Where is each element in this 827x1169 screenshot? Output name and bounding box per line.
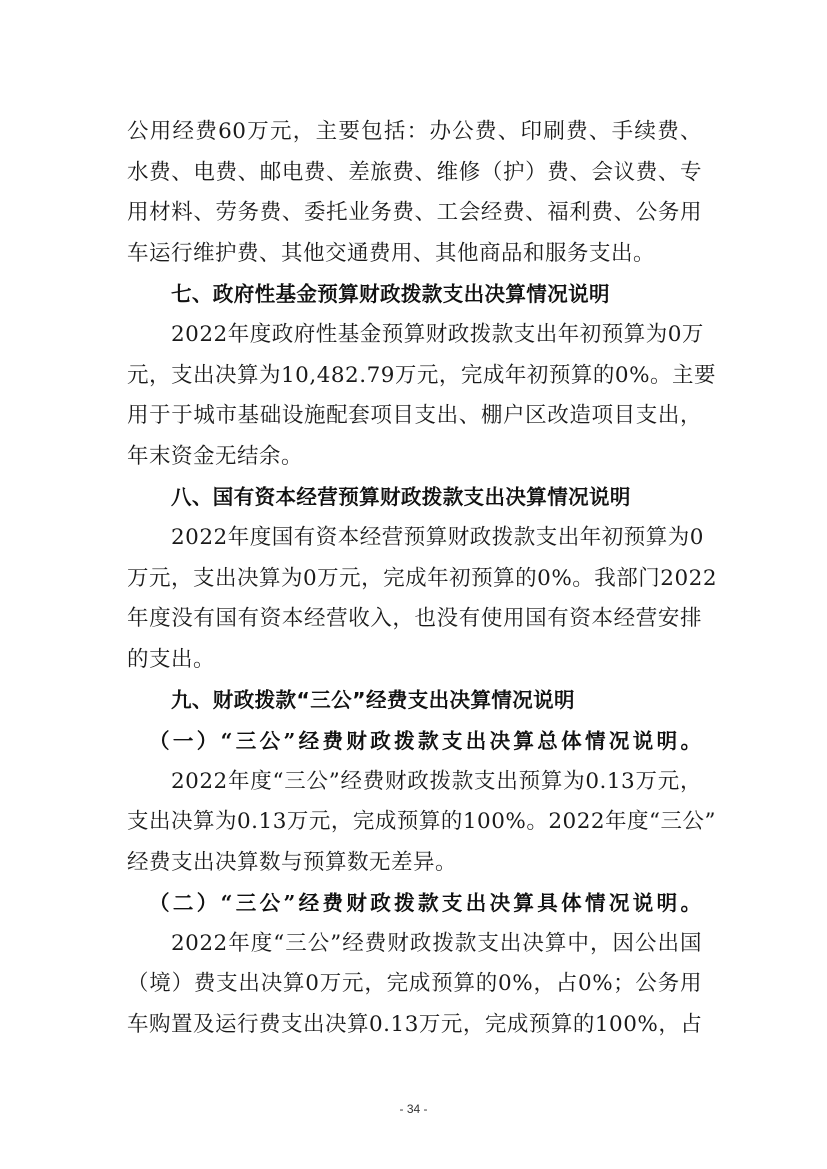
page-number: - 34 - [0, 1102, 827, 1116]
text-line: 年度没有国有资本经营收入，也没有使用国有资本经营安排 [127, 599, 702, 640]
paragraph-public-expenses: 公用经费60万元，主要包括：办公费、印刷费、手续费、 水费、电费、邮电费、差旅费… [127, 112, 702, 274]
text-line: 支出决算为0.13万元，完成预算的100%。2022年度“三公” [127, 802, 702, 843]
subsection-heading-2: （二）“三公”经费财政拨款支出决算具体情况说明。 [127, 883, 702, 924]
section-heading-8: 八、国有资本经营预算财政拨款支出决算情况说明 [127, 477, 702, 518]
text-line: 2022年度政府性基金预算财政拨款支出年初预算为0万 [127, 315, 702, 356]
text-line: 2022年度“三公”经费财政拨款支出决算中，因公出国 [127, 924, 702, 965]
paragraph-government-fund: 2022年度政府性基金预算财政拨款支出年初预算为0万 元，支出决算为10,482… [127, 315, 702, 477]
text-line: 元，支出决算为10,482.79万元，完成年初预算的0%。主要 [127, 356, 702, 397]
page-content: 公用经费60万元，主要包括：办公费、印刷费、手续费、 水费、电费、邮电费、差旅费… [127, 112, 702, 1046]
paragraph-state-capital: 2022年度国有资本经营预算财政拨款支出年初预算为0 万元，支出决算为0万元，完… [127, 518, 702, 680]
document-page: 公用经费60万元，主要包括：办公费、印刷费、手续费、 水费、电费、邮电费、差旅费… [0, 0, 827, 1169]
paragraph-three-public-overall: 2022年度“三公”经费财政拨款支出预算为0.13万元， 支出决算为0.13万元… [127, 762, 702, 884]
text-line: 车购置及运行费支出决算0.13万元，完成预算的100%，占 [127, 1005, 702, 1046]
paragraph-three-public-detail: 2022年度“三公”经费财政拨款支出决算中，因公出国 （境）费支出决算0万元，完… [127, 924, 702, 1046]
section-heading-7: 七、政府性基金预算财政拨款支出决算情况说明 [127, 274, 702, 315]
text-line: 2022年度“三公”经费财政拨款支出预算为0.13万元， [127, 762, 702, 803]
text-line: 经费支出决算数与预算数无差异。 [127, 843, 702, 884]
text-line: 2022年度国有资本经营预算财政拨款支出年初预算为0 [127, 518, 702, 559]
text-line: （境）费支出决算0万元，完成预算的0%，占0%；公务用 [127, 964, 702, 1005]
text-line: 用于于城市基础设施配套项目支出、棚户区改造项目支出， [127, 396, 702, 437]
subsection-heading-1: （一）“三公”经费财政拨款支出决算总体情况说明。 [127, 721, 702, 762]
text-line: 万元，支出决算为0万元，完成年初预算的0%。我部门2022 [127, 559, 702, 600]
text-line: 用材料、劳务费、委托业务费、工会经费、福利费、公务用 [127, 193, 702, 234]
text-line: 年末资金无结余。 [127, 437, 702, 478]
text-line: 的支出。 [127, 640, 702, 681]
section-heading-9: 九、财政拨款“三公”经费支出决算情况说明 [127, 680, 702, 721]
text-line: 水费、电费、邮电费、差旅费、维修（护）费、会议费、专 [127, 153, 702, 194]
text-line: 公用经费60万元，主要包括：办公费、印刷费、手续费、 [127, 112, 702, 153]
text-line: 车运行维护费、其他交通费用、其他商品和服务支出。 [127, 234, 702, 275]
